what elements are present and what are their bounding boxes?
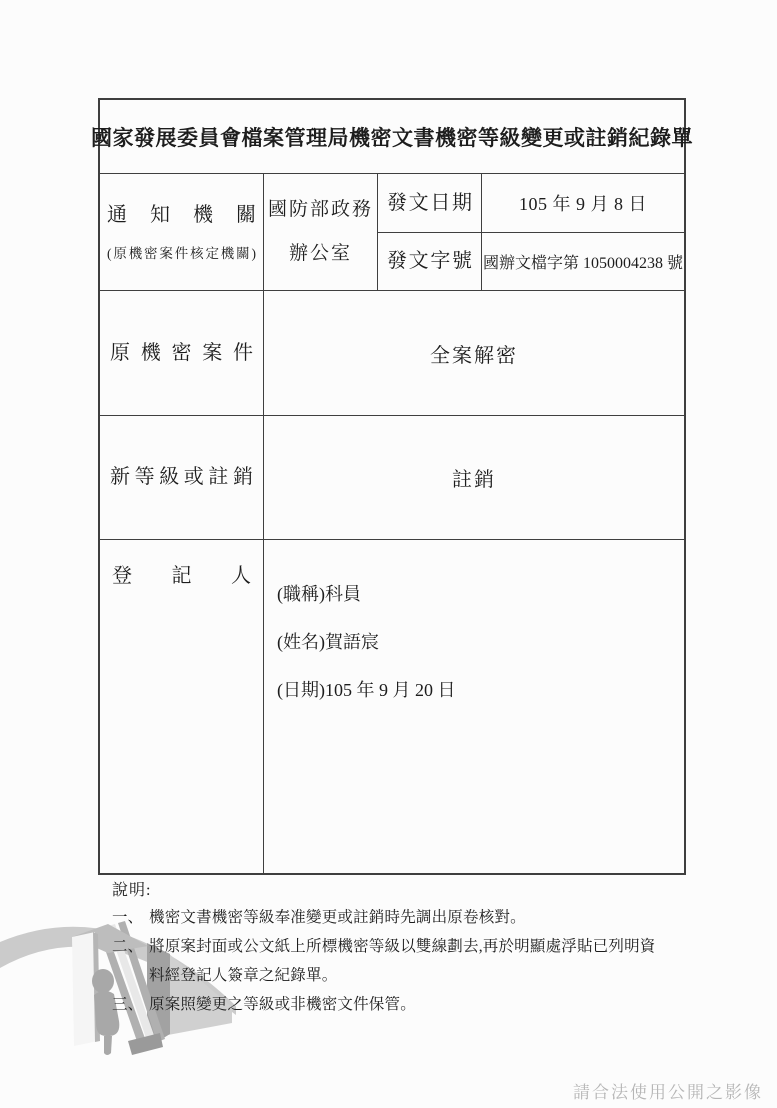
registrar-title-line: (職稱)科員	[277, 570, 684, 618]
page-title: 國家發展委員會檔案管理局機密文書機密等級變更或註銷紀錄單	[91, 122, 693, 152]
note-1-text: 機密文書機密等級奉准變更或註銷時先調出原卷核對。	[149, 903, 526, 932]
record-form-table: 國家發展委員會檔案管理局機密文書機密等級變更或註銷紀錄單 通知機關 (原機密案件…	[98, 98, 686, 875]
issue-no-value: 國辦文檔字第 1050004238 號	[483, 250, 683, 273]
original-case-label: 原機密案件	[110, 341, 253, 366]
notify-agency-label-cell: 通知機關 (原機密案件核定機關)	[100, 174, 264, 291]
new-level-value: 註銷	[452, 463, 496, 492]
issue-no-label-cell: 發文字號	[378, 233, 482, 291]
agency-name-line1: 國防部政務	[268, 188, 373, 232]
registrar-date-line: (日期)105 年 9 月 20 日	[277, 666, 684, 714]
issue-date-value: 105 年 9 月 8 日	[519, 190, 647, 216]
note-3-marker: 三、	[112, 990, 149, 1019]
notify-agency-label: 通知機關	[107, 203, 256, 228]
new-level-label: 新等級或註銷	[110, 465, 253, 490]
registrar-name-line: (姓名)賀語宸	[277, 618, 684, 666]
usage-watermark-text: 請合法使用公開之影像	[573, 1078, 763, 1103]
notify-agency-value-cell: 國防部政務 辦公室	[264, 174, 378, 291]
note-item-1: 一、 機密文書機密等級奉准變更或註銷時先調出原卷核對。	[112, 903, 692, 932]
form-title-cell: 國家發展委員會檔案管理局機密文書機密等級變更或註銷紀錄單	[100, 100, 684, 174]
note-item-3: 三、 原案照變更之等級或非機密文件保管。	[112, 990, 692, 1019]
agency-name-line2: 辦公室	[289, 232, 352, 276]
original-case-value-cell: 全案解密	[264, 291, 684, 416]
original-case-label-cell: 原機密案件	[100, 291, 264, 416]
registrar-label: 登記人	[112, 564, 251, 589]
issue-date-value-cell: 105 年 9 月 8 日	[482, 174, 684, 233]
notes-heading: 說明:	[112, 879, 692, 903]
issue-date-label-cell: 發文日期	[378, 174, 482, 233]
scanned-document-page: 國家發展委員會檔案管理局機密文書機密等級變更或註銷紀錄單 通知機關 (原機密案件…	[0, 0, 777, 1108]
note-1-marker: 一、	[112, 903, 149, 932]
notify-agency-sublabel: (原機密案件核定機關)	[107, 242, 256, 262]
note-item-2: 二、 將原案封面或公文紙上所標機密等級以雙線劃去,再於明顯處浮貼已列明資 料經登…	[112, 932, 692, 990]
note-2-marker: 二、	[112, 932, 149, 990]
issue-no-value-cell: 國辦文檔字第 1050004238 號	[482, 233, 684, 291]
note-2-text: 將原案封面或公文紙上所標機密等級以雙線劃去,再於明顯處浮貼已列明資 料經登記人簽…	[149, 932, 655, 990]
registrar-value-cell: (職稱)科員 (姓名)賀語宸 (日期)105 年 9 月 20 日	[264, 540, 684, 873]
new-level-value-cell: 註銷	[264, 416, 684, 540]
original-case-value: 全案解密	[430, 339, 518, 368]
note-3-text: 原案照變更之等級或非機密文件保管。	[149, 990, 416, 1019]
notes-section: 說明: 一、 機密文書機密等級奉准變更或註銷時先調出原卷核對。 二、 將原案封面…	[112, 879, 692, 1019]
issue-no-label: 發文字號	[387, 249, 472, 274]
new-level-label-cell: 新等級或註銷	[100, 416, 264, 540]
registrar-label-cell: 登記人	[100, 540, 264, 873]
issue-date-label: 發文日期	[387, 191, 472, 216]
